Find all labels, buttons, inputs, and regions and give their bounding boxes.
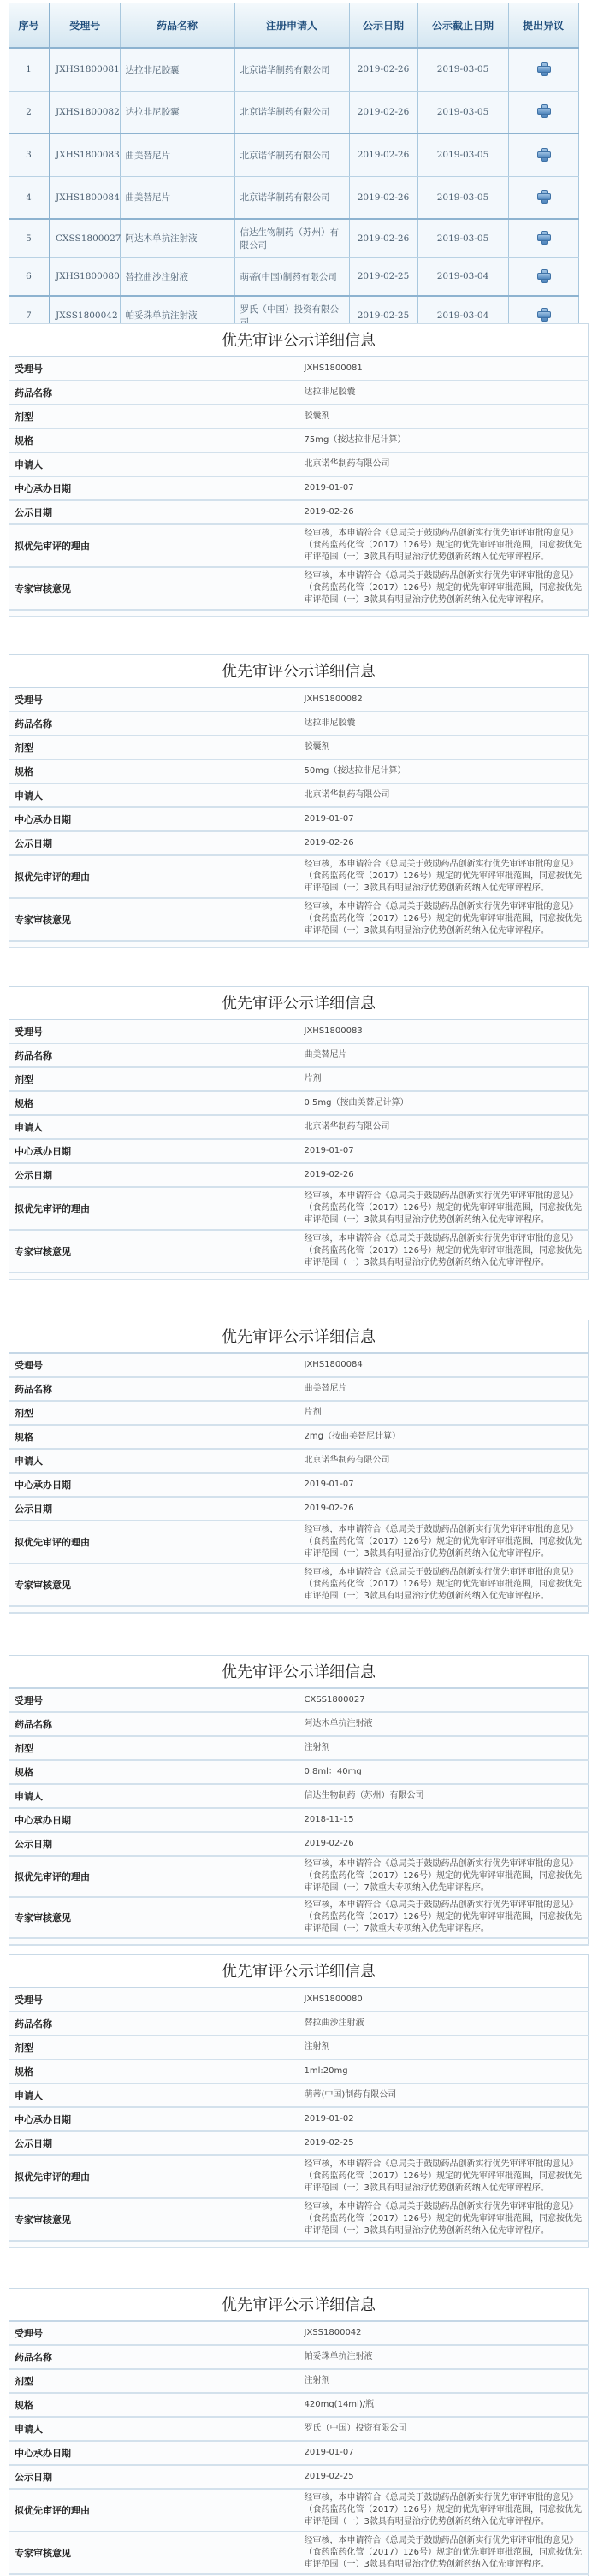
label-pub-date: 公示日期	[9, 1497, 299, 1521]
detail-row-blank	[9, 2241, 589, 2248]
value-reason: 经审核，本申请符合《总局关于鼓励药品创新实行优先审评审批的意见》（食药监药化管（…	[299, 855, 589, 898]
detail-row-center-date: 中心承办日期2019-01-07	[9, 1139, 589, 1163]
value-form: 注射剂	[299, 2035, 589, 2059]
row-publish-date: 2019-02-26	[349, 91, 417, 133]
card-title: 优先审评公示详细信息	[9, 1955, 589, 1988]
card-title: 优先审评公示详细信息	[9, 1656, 589, 1688]
table-row: 1 JXHS1800081 达拉非尼胶囊 北京诺华制药有限公司 2019-02-…	[9, 48, 578, 91]
label-reason: 拟优先审评的理由	[9, 2489, 299, 2532]
value-form: 胶囊剂	[299, 736, 589, 759]
detail-row-accept-no: 受理号JXHS1800084	[9, 1353, 589, 1377]
label-accept-no: 受理号	[9, 688, 299, 712]
row-no: 2	[9, 91, 50, 133]
detail-row-drug: 药品名称阿达木单抗注射液	[9, 1712, 589, 1736]
label-form: 剂型	[9, 405, 299, 428]
label-expert: 专家审核意见	[9, 1230, 299, 1273]
row-applicant: 萌蒂(中国)制药有限公司	[234, 257, 349, 296]
label-applicant: 申请人	[9, 783, 299, 807]
value-applicant: 信达生物制药（苏州）有限公司	[299, 1784, 589, 1808]
row-publish-date: 2019-02-26	[349, 219, 417, 257]
value-accept-no: JXHS1800084	[299, 1353, 589, 1377]
detail-row-blank	[9, 1606, 589, 1613]
plus-icon[interactable]	[537, 231, 549, 243]
row-accept-no: JXHS1800083	[50, 133, 120, 176]
value-applicant: 北京诺华制药有限公司	[299, 1115, 589, 1139]
label-center-date: 中心承办日期	[9, 2441, 299, 2465]
detail-card-5: 优先审评公示详细信息 受理号CXSS1800027 药品名称阿达木单抗注射液 剂…	[9, 1655, 589, 1946]
detail-row-drug: 药品名称替拉曲沙注射液	[9, 2012, 589, 2035]
label-spec: 规格	[9, 2059, 299, 2083]
value-expert: 经审核，本申请符合《总局关于鼓励药品创新实行优先审评审批的意见》（食药监药化管（…	[299, 2198, 589, 2241]
label-drug: 药品名称	[9, 712, 299, 736]
row-drug-name: 达拉非尼胶囊	[120, 48, 234, 91]
detail-row-center-date: 中心承办日期2019-01-07	[9, 807, 589, 831]
detail-row-accept-no: 受理号CXSS1800027	[9, 1688, 589, 1712]
label-applicant: 申请人	[9, 2417, 299, 2441]
detail-row-applicant: 申请人北京诺华制药有限公司	[9, 1449, 589, 1473]
value-accept-no: JXSS1800042	[299, 2321, 589, 2345]
detail-row-blank	[9, 610, 589, 617]
detail-row-applicant: 申请人萌蒂(中国)制药有限公司	[9, 2083, 589, 2107]
value-reason: 经审核，本申请符合《总局关于鼓励药品创新实行优先审评审批的意见》（食药监药化管（…	[299, 1187, 589, 1230]
row-no: 5	[9, 219, 50, 257]
row-objection	[508, 91, 578, 133]
row-deadline: 2019-03-05	[417, 91, 508, 133]
row-publish-date: 2019-02-26	[349, 133, 417, 176]
value-spec: 420mg(14ml)/瓶	[299, 2393, 589, 2417]
label-form: 剂型	[9, 1736, 299, 1760]
card-title: 优先审评公示详细信息	[9, 987, 589, 1019]
detail-row-center-date: 中心承办日期2019-01-07	[9, 476, 589, 500]
detail-row-reason: 拟优先审评的理由经审核，本申请符合《总局关于鼓励药品创新实行优先审评审批的意见》…	[9, 524, 589, 567]
label-expert: 专家审核意见	[9, 2532, 299, 2574]
detail-row-blank	[9, 941, 589, 948]
row-objection	[508, 133, 578, 176]
card-title: 优先审评公示详细信息	[9, 1320, 589, 1353]
col-header-applicant: 注册申请人	[234, 3, 349, 48]
detail-row-form: 剂型片剂	[9, 1067, 589, 1091]
label-pub-date: 公示日期	[9, 2465, 299, 2489]
label-accept-no: 受理号	[9, 1353, 299, 1377]
label-drug: 药品名称	[9, 1712, 299, 1736]
value-form: 片剂	[299, 1067, 589, 1091]
detail-row-reason: 拟优先审评的理由经审核，本申请符合《总局关于鼓励药品创新实行优先审评审批的意见》…	[9, 2489, 589, 2532]
row-deadline: 2019-03-04	[417, 257, 508, 296]
value-center-date: 2019-01-07	[299, 476, 589, 500]
value-expert: 经审核，本申请符合《总局关于鼓励药品创新实行优先审评审批的意见》（食药监药化管（…	[299, 2532, 589, 2574]
table-row: 4 JXHS1800084 曲美替尼片 北京诺华制药有限公司 2019-02-2…	[9, 176, 578, 219]
detail-card-2: 优先审评公示详细信息 受理号JXHS1800082 药品名称达拉非尼胶囊 剂型胶…	[9, 654, 589, 948]
value-reason: 经审核，本申请符合《总局关于鼓励药品创新实行优先审评审批的意见》（食药监药化管（…	[299, 524, 589, 567]
label-pub-date: 公示日期	[9, 2131, 299, 2155]
detail-row-blank	[9, 1938, 589, 1945]
value-center-date: 2019-01-07	[299, 1139, 589, 1163]
label-center-date: 中心承办日期	[9, 1808, 299, 1832]
label-reason: 拟优先审评的理由	[9, 524, 299, 567]
value-expert: 经审核，本申请符合《总局关于鼓励药品创新实行优先审评审批的意见》（食药监药化管（…	[299, 1897, 589, 1938]
card-title: 优先审评公示详细信息	[9, 655, 589, 688]
detail-row-expert: 专家审核意见经审核，本申请符合《总局关于鼓励药品创新实行优先审评审批的意见》（食…	[9, 1563, 589, 1606]
label-form: 剂型	[9, 2369, 299, 2393]
detail-row-accept-no: 受理号JXHS1800082	[9, 688, 589, 712]
detail-row-expert: 专家审核意见经审核，本申请符合《总局关于鼓励药品创新实行优先审评审批的意见》（食…	[9, 2198, 589, 2241]
row-no: 1	[9, 48, 50, 91]
value-expert: 经审核，本申请符合《总局关于鼓励药品创新实行优先审评审批的意见》（食药监药化管（…	[299, 898, 589, 941]
label-expert: 专家审核意见	[9, 898, 299, 941]
row-applicant: 北京诺华制药有限公司	[234, 133, 349, 176]
detail-row-drug: 药品名称曲美替尼片	[9, 1377, 589, 1401]
value-center-date: 2019-01-07	[299, 1473, 589, 1497]
col-header-drug-name: 药品名称	[120, 3, 234, 48]
table-row: 5 CXSS1800027 阿达木单抗注射液 信达生物制药（苏州）有限公司 20…	[9, 219, 578, 257]
label-accept-no: 受理号	[9, 357, 299, 381]
detail-row-pub-date: 公示日期2019-02-26	[9, 831, 589, 855]
detail-row-accept-no: 受理号JXSS1800042	[9, 2321, 589, 2345]
value-expert: 经审核，本申请符合《总局关于鼓励药品创新实行优先审评审批的意见》（食药监药化管（…	[299, 1230, 589, 1273]
table-header-row: 序号 受理号 药品名称 注册申请人 公示日期 公示截止日期 提出异议	[9, 3, 578, 48]
value-drug: 达拉非尼胶囊	[299, 712, 589, 736]
label-center-date: 中心承办日期	[9, 2107, 299, 2131]
label-pub-date: 公示日期	[9, 831, 299, 855]
detail-row-drug: 药品名称达拉非尼胶囊	[9, 712, 589, 736]
detail-row-expert: 专家审核意见经审核，本申请符合《总局关于鼓励药品创新实行优先审评审批的意见》（食…	[9, 2532, 589, 2574]
detail-row-spec: 规格0.8ml：40mg	[9, 1760, 589, 1784]
value-form: 片剂	[299, 1401, 589, 1425]
label-spec: 规格	[9, 1760, 299, 1784]
label-pub-date: 公示日期	[9, 1832, 299, 1856]
label-pub-date: 公示日期	[9, 1163, 299, 1187]
label-reason: 拟优先审评的理由	[9, 2155, 299, 2198]
value-applicant: 北京诺华制药有限公司	[299, 783, 589, 807]
label-accept-no: 受理号	[9, 1988, 299, 2012]
row-applicant: 北京诺华制药有限公司	[234, 176, 349, 219]
detail-card-6: 优先审评公示详细信息 受理号JXHS1800080 药品名称替拉曲沙注射液 剂型…	[9, 1954, 589, 2248]
detail-row-pub-date: 公示日期2019-02-26	[9, 1497, 589, 1521]
label-reason: 拟优先审评的理由	[9, 1856, 299, 1897]
row-no: 3	[9, 133, 50, 176]
label-pub-date: 公示日期	[9, 500, 299, 524]
table-row: 3 JXHS1800083 曲美替尼片 北京诺华制药有限公司 2019-02-2…	[9, 133, 578, 176]
value-applicant: 北京诺华制药有限公司	[299, 1449, 589, 1473]
detail-row-applicant: 申请人北京诺华制药有限公司	[9, 783, 589, 807]
value-pub-date: 2019-02-26	[299, 1497, 589, 1521]
label-drug: 药品名称	[9, 2012, 299, 2035]
detail-row-spec: 规格50mg（按达拉非尼计算）	[9, 759, 589, 783]
detail-row-pub-date: 公示日期2019-02-25	[9, 2465, 589, 2489]
col-header-publish-date: 公示日期	[349, 3, 417, 48]
value-center-date: 2019-01-02	[299, 2107, 589, 2131]
detail-row-form: 剂型胶囊剂	[9, 736, 589, 759]
detail-row-blank	[9, 1273, 589, 1279]
detail-row-form: 剂型注射剂	[9, 2369, 589, 2393]
detail-row-reason: 拟优先审评的理由经审核，本申请符合《总局关于鼓励药品创新实行优先审评审批的意见》…	[9, 855, 589, 898]
value-form: 胶囊剂	[299, 405, 589, 428]
col-header-deadline: 公示截止日期	[417, 3, 508, 48]
col-header-accept-no: 受理号	[50, 3, 120, 48]
detail-row-pub-date: 公示日期2019-02-26	[9, 500, 589, 524]
detail-row-spec: 规格1ml:20mg	[9, 2059, 589, 2083]
label-expert: 专家审核意见	[9, 1563, 299, 1606]
value-accept-no: CXSS1800027	[299, 1688, 589, 1712]
label-applicant: 申请人	[9, 1784, 299, 1808]
value-center-date: 2018-11-15	[299, 1808, 589, 1832]
detail-row-drug: 药品名称曲美替尼片	[9, 1043, 589, 1067]
table-row: 6 JXHS1800080 替拉曲沙注射液 萌蒂(中国)制药有限公司 2019-…	[9, 257, 578, 296]
row-drug-name: 达拉非尼胶囊	[120, 91, 234, 133]
row-deadline: 2019-03-05	[417, 133, 508, 176]
card-title: 优先审评公示详细信息	[9, 324, 589, 357]
detail-card-1: 优先审评公示详细信息 受理号JXHS1800081 药品名称达拉非尼胶囊 剂型胶…	[9, 323, 589, 617]
detail-row-applicant: 申请人信达生物制药（苏州）有限公司	[9, 1784, 589, 1808]
plus-icon[interactable]	[537, 269, 549, 281]
row-objection	[508, 176, 578, 219]
col-header-no: 序号	[9, 3, 50, 48]
detail-row-expert: 专家审核意见经审核，本申请符合《总局关于鼓励药品创新实行优先审评审批的意见》（食…	[9, 898, 589, 941]
label-form: 剂型	[9, 1401, 299, 1425]
col-header-objection: 提出异议	[508, 3, 578, 48]
label-center-date: 中心承办日期	[9, 1473, 299, 1497]
label-reason: 拟优先审评的理由	[9, 855, 299, 898]
value-pub-date: 2019-02-26	[299, 1832, 589, 1856]
value-accept-no: JXHS1800081	[299, 357, 589, 381]
value-expert: 经审核，本申请符合《总局关于鼓励药品创新实行优先审评审批的意见》（食药监药化管（…	[299, 1563, 589, 1606]
value-pub-date: 2019-02-26	[299, 500, 589, 524]
value-applicant: 罗氏（中国）投资有限公司	[299, 2417, 589, 2441]
value-spec: 75mg（按达拉非尼计算）	[299, 428, 589, 452]
value-reason: 经审核，本申请符合《总局关于鼓励药品创新实行优先审评审批的意见》（食药监药化管（…	[299, 1856, 589, 1897]
label-spec: 规格	[9, 1425, 299, 1449]
value-drug: 帕妥珠单抗注射液	[299, 2345, 589, 2369]
plus-icon[interactable]	[537, 104, 549, 116]
label-drug: 药品名称	[9, 381, 299, 405]
label-center-date: 中心承办日期	[9, 1139, 299, 1163]
value-spec: 2mg（按曲美替尼计算）	[299, 1425, 589, 1449]
row-applicant: 信达生物制药（苏州）有限公司	[234, 219, 349, 257]
row-publish-date: 2019-02-25	[349, 257, 417, 296]
detail-row-accept-no: 受理号JXHS1800080	[9, 1988, 589, 2012]
label-expert: 专家审核意见	[9, 1897, 299, 1938]
label-accept-no: 受理号	[9, 1019, 299, 1043]
value-drug: 曲美替尼片	[299, 1043, 589, 1067]
value-accept-no: JXHS1800082	[299, 688, 589, 712]
detail-row-applicant: 申请人罗氏（中国）投资有限公司	[9, 2417, 589, 2441]
detail-row-center-date: 中心承办日期2019-01-07	[9, 1473, 589, 1497]
detail-row-pub-date: 公示日期2019-02-26	[9, 1163, 589, 1187]
value-expert: 经审核，本申请符合《总局关于鼓励药品创新实行优先审评审批的意见》（食药监药化管（…	[299, 567, 589, 610]
label-applicant: 申请人	[9, 1449, 299, 1473]
detail-row-reason: 拟优先审评的理由经审核，本申请符合《总局关于鼓励药品创新实行优先审评审批的意见》…	[9, 2155, 589, 2198]
row-drug-name: 曲美替尼片	[120, 176, 234, 219]
detail-row-applicant: 申请人北京诺华制药有限公司	[9, 452, 589, 476]
row-deadline: 2019-03-05	[417, 176, 508, 219]
value-applicant: 北京诺华制药有限公司	[299, 452, 589, 476]
detail-row-pub-date: 公示日期2019-02-26	[9, 1832, 589, 1856]
label-center-date: 中心承办日期	[9, 807, 299, 831]
value-reason: 经审核，本申请符合《总局关于鼓励药品创新实行优先审评审批的意见》（食药监药化管（…	[299, 2155, 589, 2198]
label-applicant: 申请人	[9, 2083, 299, 2107]
detail-row-form: 剂型注射剂	[9, 1736, 589, 1760]
row-accept-no: JXHS1800084	[50, 176, 120, 219]
label-spec: 规格	[9, 428, 299, 452]
value-accept-no: JXHS1800083	[299, 1019, 589, 1043]
value-pub-date: 2019-02-25	[299, 2465, 589, 2489]
detail-row-reason: 拟优先审评的理由经审核，本申请符合《总局关于鼓励药品创新实行优先审评审批的意见》…	[9, 1187, 589, 1230]
value-form: 注射剂	[299, 1736, 589, 1760]
label-center-date: 中心承办日期	[9, 476, 299, 500]
detail-row-center-date: 中心承办日期2018-11-15	[9, 1808, 589, 1832]
row-objection	[508, 219, 578, 257]
row-objection	[508, 257, 578, 296]
detail-card-3: 优先审评公示详细信息 受理号JXHS1800083 药品名称曲美替尼片 剂型片剂…	[9, 986, 589, 1280]
row-publish-date: 2019-02-26	[349, 48, 417, 91]
detail-row-expert: 专家审核意见经审核，本申请符合《总局关于鼓励药品创新实行优先审评审批的意见》（食…	[9, 567, 589, 610]
detail-row-expert: 专家审核意见经审核，本申请符合《总局关于鼓励药品创新实行优先审评审批的意见》（食…	[9, 1897, 589, 1938]
label-drug: 药品名称	[9, 1377, 299, 1401]
label-drug: 药品名称	[9, 2345, 299, 2369]
detail-row-spec: 规格420mg(14ml)/瓶	[9, 2393, 589, 2417]
card-title: 优先审评公示详细信息	[9, 2289, 589, 2321]
label-accept-no: 受理号	[9, 2321, 299, 2345]
detail-row-reason: 拟优先审评的理由经审核，本申请符合《总局关于鼓励药品创新实行优先审评审批的意见》…	[9, 1856, 589, 1897]
value-drug: 替拉曲沙注射液	[299, 2012, 589, 2035]
label-expert: 专家审核意见	[9, 2198, 299, 2241]
row-drug-name: 阿达木单抗注射液	[120, 219, 234, 257]
detail-row-expert: 专家审核意见经审核，本申请符合《总局关于鼓励药品创新实行优先审评审批的意见》（食…	[9, 1230, 589, 1273]
label-applicant: 申请人	[9, 1115, 299, 1139]
value-center-date: 2019-01-07	[299, 2441, 589, 2465]
row-drug-name: 替拉曲沙注射液	[120, 257, 234, 296]
row-no: 6	[9, 257, 50, 296]
row-no: 4	[9, 176, 50, 219]
detail-row-spec: 规格2mg（按曲美替尼计算）	[9, 1425, 589, 1449]
value-drug: 阿达木单抗注射液	[299, 1712, 589, 1736]
plus-icon[interactable]	[537, 308, 549, 320]
label-reason: 拟优先审评的理由	[9, 1187, 299, 1230]
detail-row-spec: 规格75mg（按达拉非尼计算）	[9, 428, 589, 452]
row-accept-no: JXHS1800081	[50, 48, 120, 91]
value-drug: 曲美替尼片	[299, 1377, 589, 1401]
value-spec: 0.5mg（按曲美替尼计算）	[299, 1091, 589, 1115]
label-spec: 规格	[9, 759, 299, 783]
value-reason: 经审核，本申请符合《总局关于鼓励药品创新实行优先审评审批的意见》（食药监药化管（…	[299, 1521, 589, 1563]
row-accept-no: JXHS1800082	[50, 91, 120, 133]
value-spec: 50mg（按达拉非尼计算）	[299, 759, 589, 783]
detail-row-accept-no: 受理号JXHS1800083	[9, 1019, 589, 1043]
row-applicant: 北京诺华制药有限公司	[234, 48, 349, 91]
label-spec: 规格	[9, 1091, 299, 1115]
value-pub-date: 2019-02-26	[299, 1163, 589, 1187]
value-spec: 0.8ml：40mg	[299, 1760, 589, 1784]
detail-row-reason: 拟优先审评的理由经审核，本申请符合《总局关于鼓励药品创新实行优先审评审批的意见》…	[9, 1521, 589, 1563]
label-form: 剂型	[9, 2035, 299, 2059]
detail-row-form: 剂型注射剂	[9, 2035, 589, 2059]
detail-row-form: 剂型片剂	[9, 1401, 589, 1425]
row-deadline: 2019-03-05	[417, 219, 508, 257]
detail-row-applicant: 申请人北京诺华制药有限公司	[9, 1115, 589, 1139]
detail-row-center-date: 中心承办日期2019-01-07	[9, 2441, 589, 2465]
row-applicant: 北京诺华制药有限公司	[234, 91, 349, 133]
row-publish-date: 2019-02-26	[349, 176, 417, 219]
detail-row-pub-date: 公示日期2019-02-25	[9, 2131, 589, 2155]
detail-row-center-date: 中心承办日期2019-01-02	[9, 2107, 589, 2131]
value-form: 注射剂	[299, 2369, 589, 2393]
detail-row-drug: 药品名称达拉非尼胶囊	[9, 381, 589, 405]
label-spec: 规格	[9, 2393, 299, 2417]
row-drug-name: 曲美替尼片	[120, 133, 234, 176]
label-accept-no: 受理号	[9, 1688, 299, 1712]
value-reason: 经审核，本申请符合《总局关于鼓励药品创新实行优先审评审批的意见》（食药监药化管（…	[299, 2489, 589, 2532]
table-row: 2 JXHS1800082 达拉非尼胶囊 北京诺华制药有限公司 2019-02-…	[9, 91, 578, 133]
value-pub-date: 2019-02-26	[299, 831, 589, 855]
label-expert: 专家审核意见	[9, 567, 299, 610]
plus-icon[interactable]	[537, 148, 549, 160]
label-applicant: 申请人	[9, 452, 299, 476]
value-accept-no: JXHS1800080	[299, 1988, 589, 2012]
value-applicant: 萌蒂(中国)制药有限公司	[299, 2083, 589, 2107]
value-spec: 1ml:20mg	[299, 2059, 589, 2083]
detail-row-accept-no: 受理号JXHS1800081	[9, 357, 589, 381]
plus-icon[interactable]	[537, 190, 549, 202]
label-drug: 药品名称	[9, 1043, 299, 1067]
value-center-date: 2019-01-07	[299, 807, 589, 831]
row-accept-no: JXHS1800080	[50, 257, 120, 296]
row-objection	[508, 48, 578, 91]
detail-card-4: 优先审评公示详细信息 受理号JXHS1800084 药品名称曲美替尼片 剂型片剂…	[9, 1320, 589, 1614]
detail-card-7: 优先审评公示详细信息 受理号JXSS1800042 药品名称帕妥珠单抗注射液 剂…	[9, 2288, 589, 2576]
label-reason: 拟优先审评的理由	[9, 1521, 299, 1563]
priority-review-summary-table: 序号 受理号 药品名称 注册申请人 公示日期 公示截止日期 提出异议 1 JXH…	[9, 3, 579, 335]
detail-row-drug: 药品名称帕妥珠单抗注射液	[9, 2345, 589, 2369]
value-drug: 达拉非尼胶囊	[299, 381, 589, 405]
row-accept-no: CXSS1800027	[50, 219, 120, 257]
label-form: 剂型	[9, 1067, 299, 1091]
value-pub-date: 2019-02-25	[299, 2131, 589, 2155]
detail-row-spec: 规格0.5mg（按曲美替尼计算）	[9, 1091, 589, 1115]
detail-row-form: 剂型胶囊剂	[9, 405, 589, 428]
plus-icon[interactable]	[537, 62, 549, 74]
row-deadline: 2019-03-05	[417, 48, 508, 91]
label-form: 剂型	[9, 736, 299, 759]
